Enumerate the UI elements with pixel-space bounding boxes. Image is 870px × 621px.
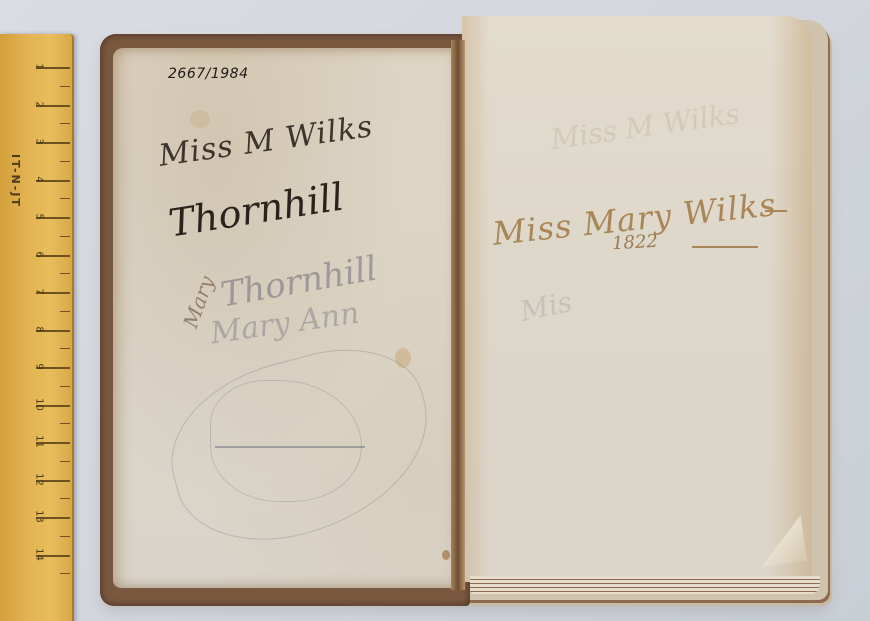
ruler-minor-tick — [60, 386, 70, 387]
foxing-stain — [442, 550, 450, 560]
ruler-minor-tick — [60, 461, 70, 462]
ruler: IT-N-JT 1234567891011121314 — [0, 34, 74, 621]
ruler-minor-tick — [60, 348, 70, 349]
ruler-minor-tick — [60, 123, 70, 124]
ruler-number: 14 — [34, 547, 45, 561]
ruler-minor-tick — [60, 86, 70, 87]
ruler-number: 10 — [34, 397, 45, 411]
ruler-number: 5 — [34, 210, 45, 224]
ruler-number: 9 — [34, 360, 45, 374]
ruler-number: 8 — [34, 322, 45, 336]
sepia-inscription-year: 1822 — [611, 231, 658, 254]
ruler-number: 2 — [34, 97, 45, 111]
ruler-minor-tick — [60, 311, 70, 312]
ruler-minor-tick — [60, 498, 70, 499]
ruler-minor-tick — [60, 236, 70, 237]
ruler-minor-tick — [60, 161, 70, 162]
ruler-number: 3 — [34, 135, 45, 149]
ruler-minor-tick — [60, 198, 70, 199]
inscription-flourish — [765, 210, 787, 212]
ruler-number: 7 — [34, 285, 45, 299]
inscription-flourish — [692, 246, 758, 248]
ruler-number: 6 — [34, 247, 45, 261]
ruler-number: 13 — [34, 510, 45, 524]
page-edges — [470, 576, 820, 594]
dog-eared-corner — [757, 515, 807, 567]
ruler-stamp: IT-N-JT — [9, 154, 22, 208]
book-spine-gutter — [451, 40, 465, 590]
foxing-stain — [190, 110, 210, 128]
ruler-number: 12 — [34, 472, 45, 486]
accession-number: 2667/1984 — [168, 66, 248, 82]
ruler-minor-tick — [60, 536, 70, 537]
ruler-minor-tick — [60, 423, 70, 424]
right-endpaper — [462, 16, 812, 582]
ruler-number: 11 — [34, 435, 45, 449]
ruler-number: 4 — [34, 172, 45, 186]
ruler-minor-tick — [60, 273, 70, 274]
ruler-minor-tick — [60, 573, 70, 574]
pencil-underline — [215, 446, 365, 448]
ruler-number: 1 — [34, 60, 45, 74]
